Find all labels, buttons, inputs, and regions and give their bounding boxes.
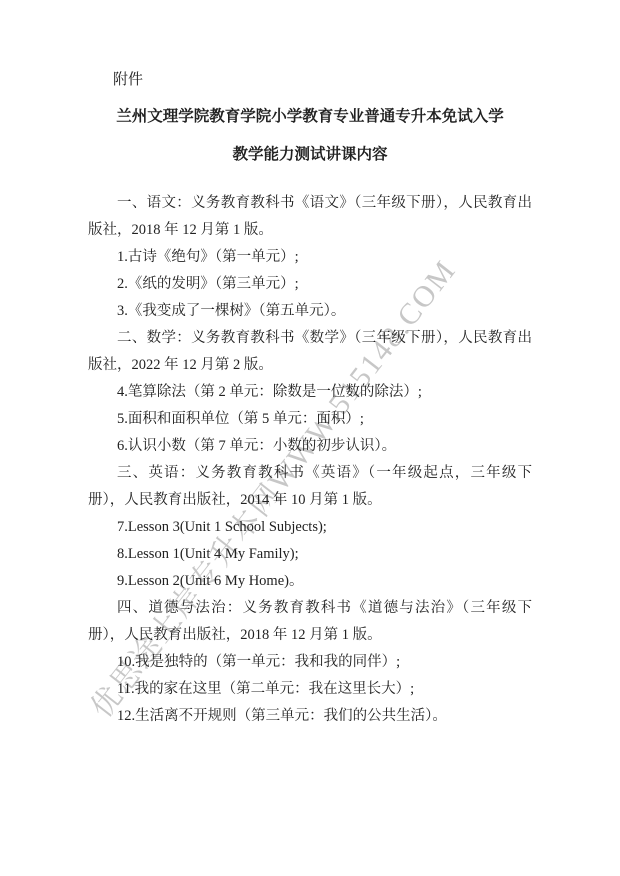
section-chinese-item: 1.古诗《绝句》（第一单元）; xyxy=(88,244,532,271)
attachment-label: 附件 xyxy=(0,0,620,90)
section-chinese-item: 2.《纸的发明》（第三单元）; xyxy=(88,271,532,298)
section-chinese-item: 3.《我变成了一棵树》（第五单元）。 xyxy=(88,298,532,325)
section-math-heading: 二、数学：义务教育教科书《数学》（三年级下册），人民教育出版社，2022 年 1… xyxy=(88,325,532,379)
document-content: 附件 兰州文理学院教育学院小学教育专业普通专升本免试入学 教学能力测试讲课内容 … xyxy=(0,0,620,730)
document-body: 一、语文：义务教育教科书《语文》（三年级下册），人民教育出版社，2018 年 1… xyxy=(88,190,532,730)
section-math-item: 5.面积和面积单位（第 5 单元：面积）; xyxy=(88,406,532,433)
section-english-heading: 三、英语：义务教育教科书《英语》（一年级起点，三年级下册），人民教育出版社，20… xyxy=(88,460,532,514)
section-morality-heading: 四、道德与法治：义务教育教科书《道德与法治》（三年级下册），人民教育出版社，20… xyxy=(88,595,532,649)
section-english-item: 8.Lesson 1(Unit 4 My Family); xyxy=(88,541,532,568)
document-page: 优思途上岸专升本网WWW.515148.COM 附件 兰州文理学院教育学院小学教… xyxy=(0,0,620,876)
section-english-item: 7.Lesson 3(Unit 1 School Subjects); xyxy=(88,514,532,541)
section-math-item: 4.笔算除法（第 2 单元：除数是一位数的除法）; xyxy=(88,379,532,406)
section-morality-item: 10.我是独特的（第一单元：我和我的同伴）; xyxy=(88,649,532,676)
document-title-line1: 兰州文理学院教育学院小学教育专业普通专升本免试入学 xyxy=(0,106,620,128)
section-english-item: 9.Lesson 2(Unit 6 My Home)。 xyxy=(88,568,532,595)
section-math-item: 6.认识小数（第 7 单元：小数的初步认识）。 xyxy=(88,433,532,460)
document-title-line2: 教学能力测试讲课内容 xyxy=(0,144,620,166)
section-morality-item: 12.生活离不开规则（第三单元：我们的公共生活）。 xyxy=(88,703,532,730)
section-morality-item: 11.我的家在这里（第二单元：我在这里长大）; xyxy=(88,676,532,703)
section-chinese-heading: 一、语文：义务教育教科书《语文》（三年级下册），人民教育出版社，2018 年 1… xyxy=(88,190,532,244)
